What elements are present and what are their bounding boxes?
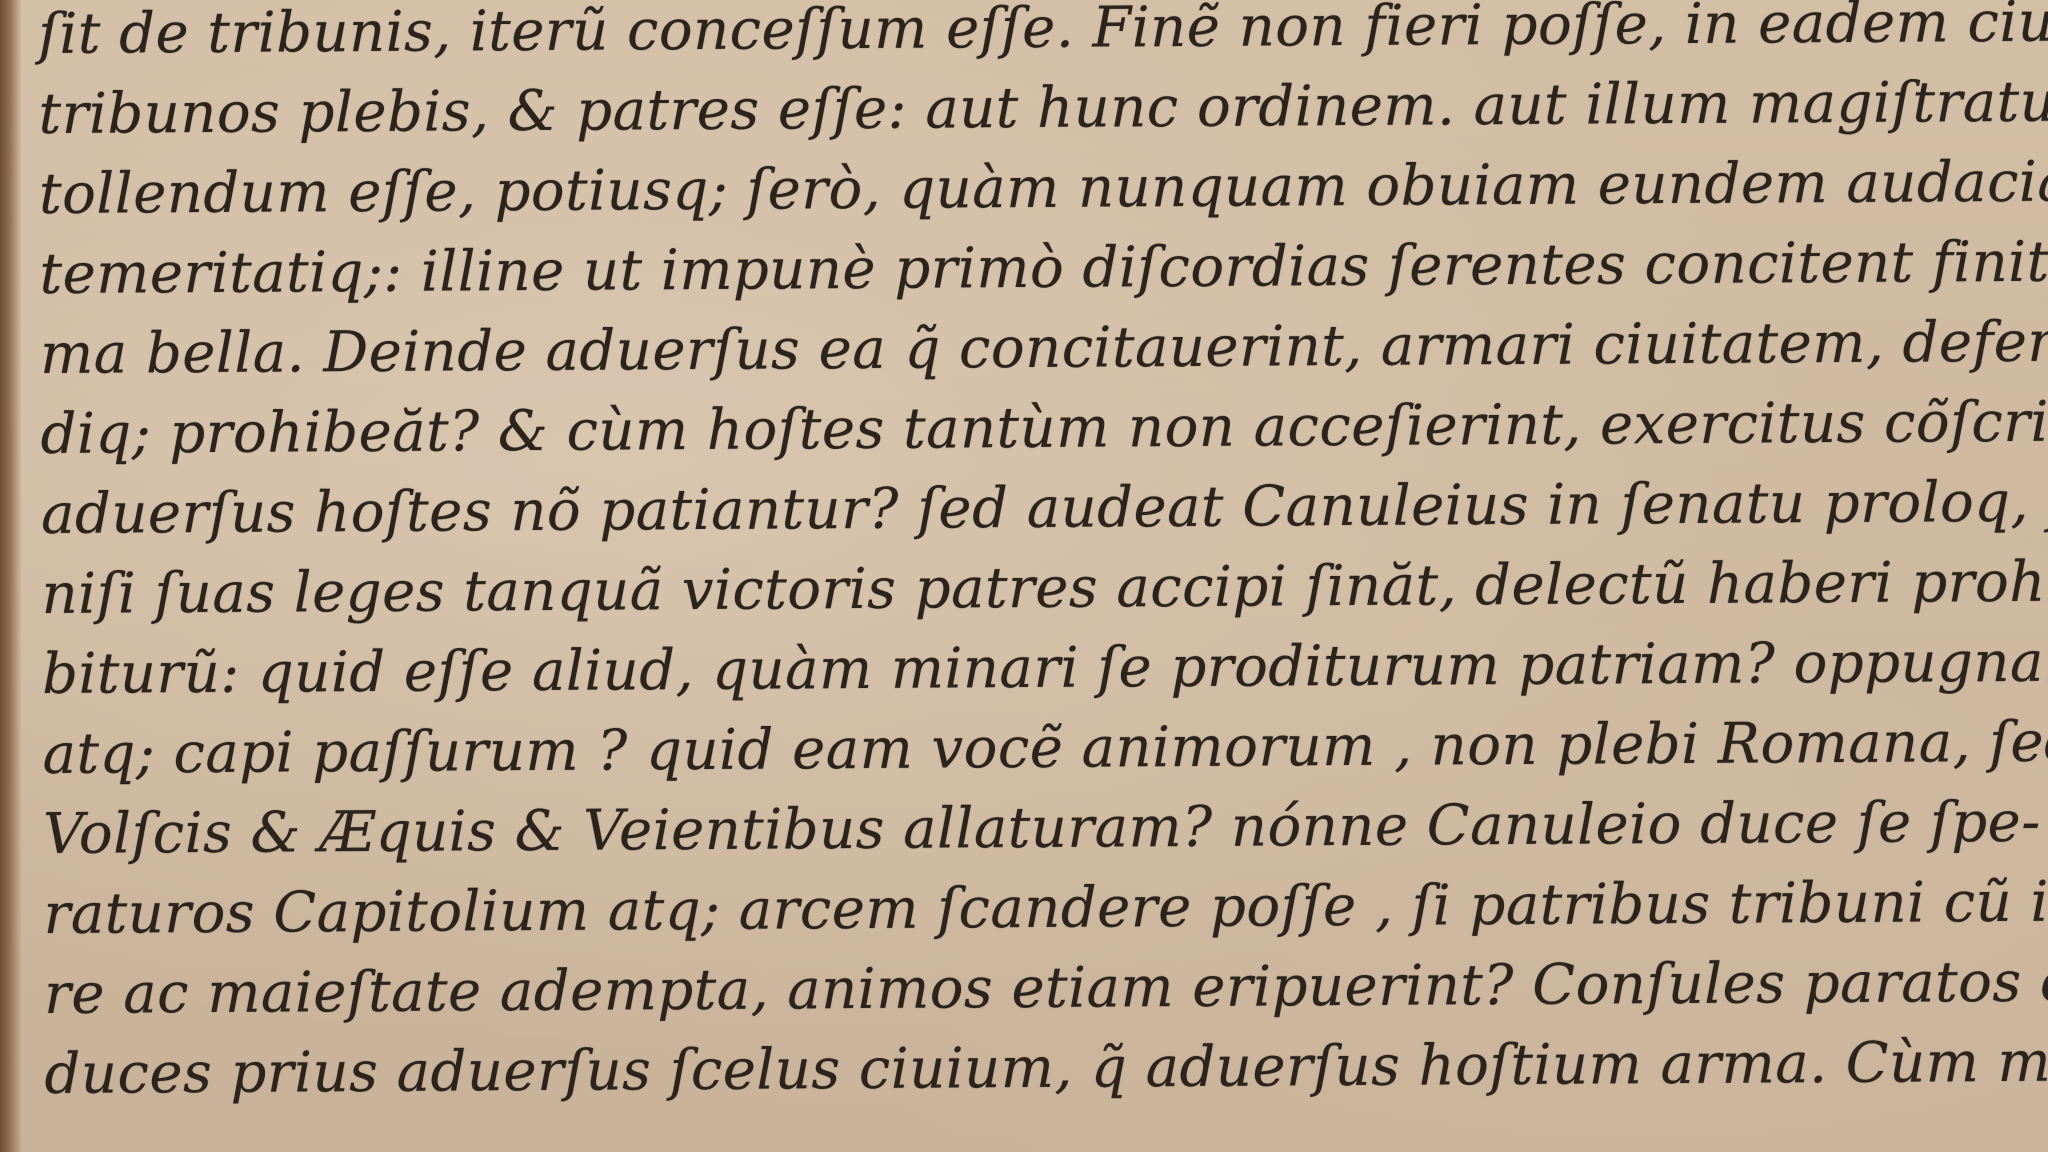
text-line: aduerſus hoſtes nõ patiantur? ſed audeat… [41,469,2048,547]
text-line: re ac maieſtate adempta, animos etiam er… [44,949,2048,1027]
text-line: duces prius aduerſus ſcelus ciuium, q̃ a… [44,1029,2048,1107]
text-line: tollendum eſſe, potiusq; ſerò, quàm nunq… [39,150,2048,227]
text-line: ſit de tribunis, iterũ conceſſum eſſe. F… [38,0,2048,67]
page-gutter-shadow [0,0,22,1152]
text-line: tribunos plebis, & patres eſſe: aut hunc… [39,69,2048,147]
text-line: niſi ſuas leges tanquã victoris patres a… [41,549,2048,627]
text-line: Volſcis & Æquis & Veientibus allaturam? … [43,790,2041,867]
text-line: temeritatiq;: illine ut impunè primò diſ… [39,229,2048,307]
text-line: ma bella. Deinde aduerſus ea q̃ concitau… [40,310,2048,387]
text-line: raturos Capitolium atq; arcem ſcandere p… [43,869,2048,947]
text-line: biturũ: quid eſſe aliud, quàm minari ſe … [42,629,2048,707]
book-page: ſit de tribunis, iterũ conceſſum eſſe. F… [0,0,2048,1152]
text-line: diq; prohibeăt? & cùm hoſtes tantùm non … [40,389,2048,467]
text-line: atq; capi paſſurum ? quid eam vocẽ animo… [42,710,2048,787]
